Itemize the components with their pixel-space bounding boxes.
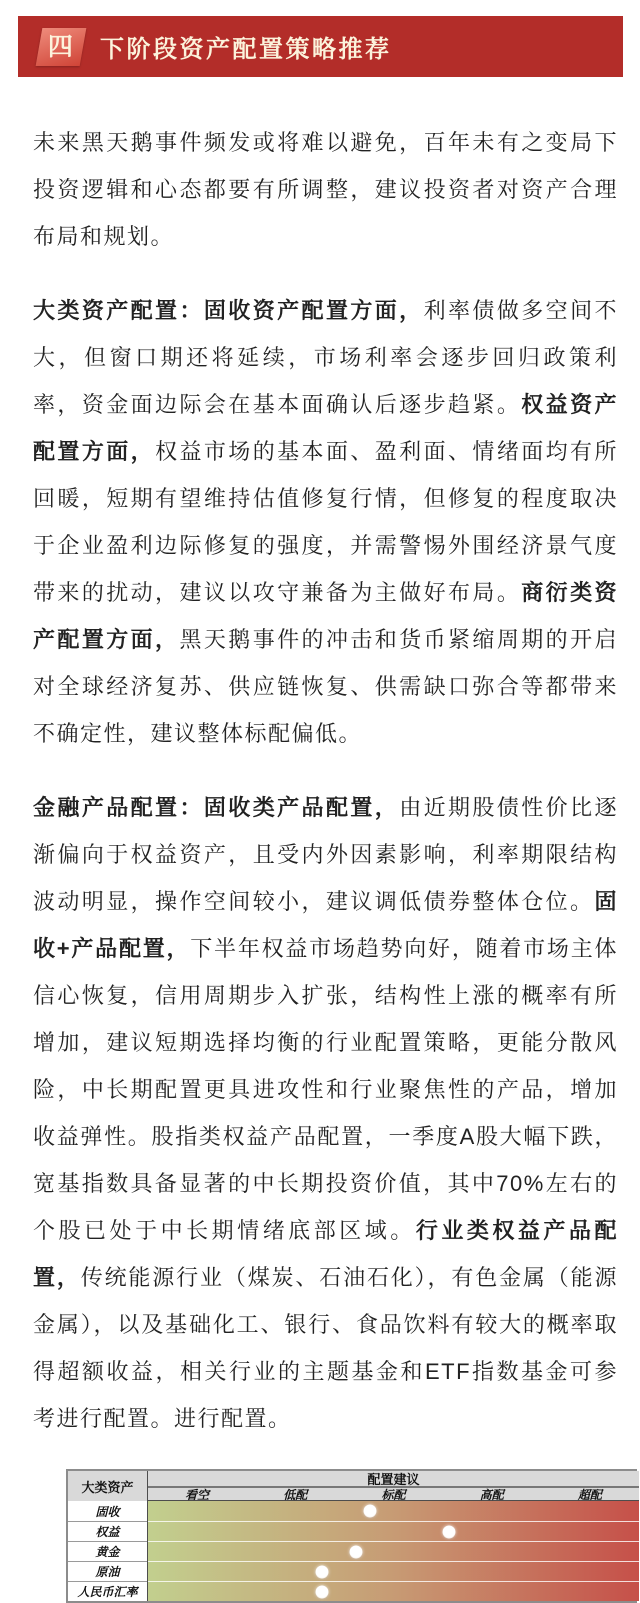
asset-label: 权益 (68, 1521, 147, 1541)
level-label: 标配 (344, 1488, 442, 1500)
allocation-table-wrap: 大类资产 配置建议 看空低配标配高配超配 固收权益黄金原油人民币汇率 (66, 1469, 618, 1603)
level-label: 高配 (443, 1488, 541, 1500)
article-paragraphs: 未来黑天鹅事件频发或将难以避免，百年未有之变局下投资逻辑和心态都要有所调整，建议… (33, 119, 618, 1442)
level-label: 低配 (246, 1488, 344, 1500)
gradient-row (148, 1581, 639, 1601)
allocation-dot (316, 1585, 329, 1598)
gradient-row (148, 1501, 639, 1521)
asset-label: 黄金 (68, 1541, 147, 1561)
allocation-table: 大类资产 配置建议 看空低配标配高配超配 固收权益黄金原油人民币汇率 (66, 1469, 637, 1603)
paragraph-segment: 未来黑天鹅事件频发或将难以避免，百年未有之变局下投资逻辑和心态都要有所调整，建议… (33, 130, 618, 249)
allocation-dot (364, 1505, 377, 1518)
asset-label: 原油 (68, 1561, 147, 1581)
corner-header: 大类资产 (68, 1471, 148, 1501)
allocation-dot (350, 1545, 363, 1558)
paragraph-segment: 金融产品配置：固收类产品配置， (33, 795, 399, 820)
level-label: 看空 (148, 1488, 246, 1500)
asset-label: 人民币汇率 (68, 1581, 147, 1601)
paragraph-segment: 传统能源行业（煤炭、石油石化），有色金属（能源金属），以及基础化工、银行、食品饮… (33, 1265, 618, 1431)
asset-label: 固收 (68, 1501, 147, 1521)
allocation-dot (316, 1565, 329, 1578)
paragraph: 大类资产配置：固收资产配置方面，利率债做多空间不大，但窗口期还将延续，市场利率会… (33, 287, 618, 757)
gradient-row (148, 1521, 639, 1541)
section-banner: 四 下阶段资产配置策略推荐 (18, 16, 623, 77)
allocation-dot (443, 1525, 456, 1538)
level-label: 超配 (541, 1488, 639, 1500)
section-title: 下阶段资产配置策略推荐 (100, 29, 392, 64)
paragraph-segment: 下半年权益市场趋势向好，随着市场主体信心恢复，信用周期步入扩张，结构性上涨的概率… (33, 936, 618, 1243)
gradient-row (148, 1561, 639, 1581)
paragraph: 未来黑天鹅事件频发或将难以避免，百年未有之变局下投资逻辑和心态都要有所调整，建议… (33, 119, 618, 260)
article-body: 未来黑天鹅事件频发或将难以避免，百年未有之变局下投资逻辑和心态都要有所调整，建议… (0, 77, 640, 1603)
gradient-area (148, 1501, 639, 1601)
level-row: 看空低配标配高配超配 (148, 1488, 639, 1501)
section-number: 四 (48, 34, 73, 59)
paragraph: 金融产品配置：固收类产品配置，由近期股债性价比逐渐偏向于权益资产，且受内外因素影… (33, 784, 618, 1442)
section-number-badge: 四 (36, 28, 87, 66)
gradient-row (148, 1541, 639, 1561)
asset-column: 固收权益黄金原油人民币汇率 (68, 1501, 148, 1601)
paragraph-segment: 大类资产配置：固收资产配置方面， (33, 298, 424, 323)
